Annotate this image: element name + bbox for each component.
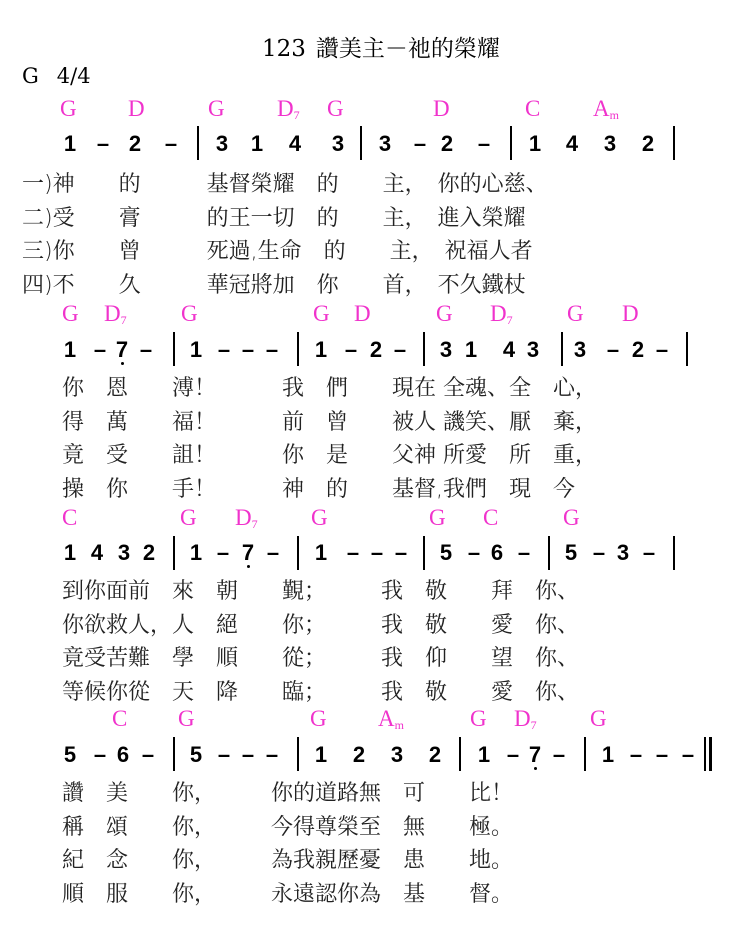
barline — [297, 536, 299, 570]
chord-root: G — [327, 96, 344, 121]
note-number: 2 — [425, 743, 445, 767]
lyric-line-verse-2: 稱 頌 你， 今得尊榮至 無 極。 — [62, 816, 513, 840]
sustain-dash: – — [505, 743, 521, 767]
note-number: 7 — [238, 541, 258, 565]
note-number: 1 — [598, 743, 618, 767]
chord-symbol: G — [208, 97, 225, 120]
note-number: 2 — [366, 338, 386, 362]
lyric-line-verse-3: 竟受苦難 學 順 從； 我 仰 望 你、 — [62, 647, 579, 671]
note-number: 7 — [112, 338, 132, 362]
final-barline-thick — [709, 737, 712, 771]
sustain-dash: – — [476, 132, 492, 156]
lower-octave-dot — [121, 362, 124, 365]
note-number: 1 — [186, 541, 206, 565]
note-number: 3 — [436, 338, 456, 362]
lyric-line-verse-1: 你 恩 溥！ 我 們 現在 全魂、全 心， — [62, 377, 597, 401]
sustain-dash: – — [412, 132, 428, 156]
chord-symbol: G — [567, 302, 584, 325]
chord-root: C — [112, 706, 127, 731]
chord-symbol: Am — [378, 707, 404, 737]
note-number: 3 — [523, 338, 543, 362]
chord-quality: m — [610, 108, 619, 122]
lyric-line-verse-4: 順 服 你， 永遠認你為 基 督。 — [62, 883, 513, 907]
note-number: 5 — [60, 743, 80, 767]
note-number: 4 — [562, 132, 582, 156]
sustain-dash: – — [345, 541, 361, 565]
lower-octave-dot — [247, 565, 250, 568]
chord-root: G — [313, 301, 330, 326]
sustain-dash: – — [654, 338, 670, 362]
chord-symbol: G — [313, 302, 330, 325]
chord-symbol: D7 — [277, 97, 300, 127]
chord-root: G — [429, 505, 446, 530]
sustain-dash: – — [343, 338, 359, 362]
note-number: 1 — [60, 132, 80, 156]
chord-root: G — [436, 301, 453, 326]
chord-symbol: C — [483, 506, 498, 529]
key-signature: G4/4 — [22, 64, 91, 88]
barline — [686, 332, 688, 366]
chord-symbol: D7 — [235, 506, 258, 536]
chord-quality: 7 — [507, 313, 513, 327]
chord-root: D — [514, 706, 531, 731]
note-number: 3 — [114, 541, 134, 565]
barline — [673, 126, 675, 160]
barline — [423, 332, 425, 366]
sustain-dash: – — [138, 338, 154, 362]
chord-quality: 7 — [531, 718, 537, 732]
lyric-line-verse-3: 竟 受 詛！ 你 是 父神 所愛 所 重， — [62, 444, 597, 468]
chord-symbol: G — [62, 302, 79, 325]
note-number: 1 — [311, 541, 331, 565]
chord-root: C — [483, 505, 498, 530]
chord-symbol: G — [470, 707, 487, 730]
note-number: 3 — [570, 338, 590, 362]
sustain-dash: – — [92, 743, 108, 767]
chord-root: G — [310, 706, 327, 731]
chord-root: C — [525, 96, 540, 121]
chord-quality: 7 — [294, 108, 300, 122]
sustain-dash: – — [92, 338, 108, 362]
note-number: 6 — [487, 541, 507, 565]
hymn-number: 123 — [262, 36, 306, 62]
note-number: 3 — [613, 541, 633, 565]
key-label: G — [22, 64, 39, 88]
lyric-line-verse-4: 等候你從 天 降 臨； 我 敬 愛 你、 — [62, 681, 579, 705]
barline — [173, 536, 175, 570]
note-number: 5 — [561, 541, 581, 565]
chord-root: G — [563, 505, 580, 530]
sustain-dash: – — [95, 132, 111, 156]
sustain-dash: – — [628, 743, 644, 767]
barline — [297, 737, 299, 771]
note-number: 1 — [60, 338, 80, 362]
chord-root: G — [180, 505, 197, 530]
hymn-title: 讚美主－祂的榮耀 — [316, 36, 500, 62]
barline — [173, 737, 175, 771]
lyric-line-verse-2: 二)受 膏 的王一切 的 主， 進入榮耀 — [22, 207, 526, 231]
sustain-dash: – — [240, 743, 256, 767]
chord-root: D — [235, 505, 252, 530]
sustain-dash: – — [393, 541, 409, 565]
sustain-dash: – — [551, 743, 567, 767]
chord-symbol: C — [112, 707, 127, 730]
note-number: 2 — [638, 132, 658, 156]
lyric-line-verse-1: 讚 美 你， 你的道路無 可 比！ — [62, 782, 513, 806]
chord-symbol: D7 — [104, 302, 127, 332]
sustain-dash: – — [265, 541, 281, 565]
chord-root: D — [490, 301, 507, 326]
sustain-dash: – — [216, 743, 232, 767]
barline — [510, 126, 512, 160]
sustain-dash: – — [654, 743, 670, 767]
chord-root: A — [378, 706, 395, 731]
sustain-dash: – — [240, 338, 256, 362]
sustain-dash: – — [216, 338, 232, 362]
chord-symbol: D — [354, 302, 371, 325]
time-signature: 4/4 — [57, 64, 91, 88]
barline — [548, 536, 550, 570]
note-number: 3 — [375, 132, 395, 156]
sustain-dash: – — [516, 541, 532, 565]
lyric-line-verse-2: 得 萬 福！ 前 曾 被人 譏笑、厭 棄， — [62, 411, 597, 435]
barline — [360, 126, 362, 160]
chord-root: A — [593, 96, 610, 121]
chord-symbol: G — [563, 506, 580, 529]
barline — [561, 332, 563, 366]
note-number: 1 — [247, 132, 267, 156]
chord-symbol: G — [180, 506, 197, 529]
note-number: 1 — [311, 338, 331, 362]
chord-symbol: G — [590, 707, 607, 730]
sustain-dash: – — [369, 541, 385, 565]
barline — [673, 536, 675, 570]
sustain-dash: – — [605, 338, 621, 362]
lyric-line-verse-4: 四)不 久 華冠將加 你 首， 不久鐵杖 — [22, 274, 526, 298]
lyric-line-verse-3: 紀 念 你， 為我親歷憂 患 地。 — [62, 849, 513, 873]
sustain-dash: – — [140, 743, 156, 767]
note-number: 2 — [125, 132, 145, 156]
chord-symbol: D7 — [490, 302, 513, 332]
chord-root: G — [567, 301, 584, 326]
chord-root: G — [470, 706, 487, 731]
lower-octave-dot — [534, 767, 537, 770]
note-number: 2 — [437, 132, 457, 156]
note-number: 2 — [349, 743, 369, 767]
page-title: 123讚美主－祂的榮耀 — [262, 30, 500, 63]
note-number: 2 — [139, 541, 159, 565]
note-number: 7 — [525, 743, 545, 767]
chord-symbol: G — [436, 302, 453, 325]
chord-symbol: G — [311, 506, 328, 529]
chord-root: G — [60, 96, 77, 121]
note-number: 4 — [87, 541, 107, 565]
note-number: 1 — [186, 338, 206, 362]
chord-symbol: G — [310, 707, 327, 730]
barline — [584, 737, 586, 771]
sustain-dash: – — [641, 541, 657, 565]
chord-root: G — [62, 301, 79, 326]
chord-root: D — [104, 301, 121, 326]
note-number: 5 — [186, 743, 206, 767]
barline — [297, 332, 299, 366]
note-number: 1 — [474, 743, 494, 767]
lyric-line-verse-2: 你欲救人，人 絕 你； 我 敬 愛 你、 — [62, 614, 579, 638]
barline — [173, 332, 175, 366]
chord-symbol: G — [181, 302, 198, 325]
sustain-dash: – — [264, 743, 280, 767]
chord-symbol: Am — [593, 97, 619, 127]
chord-root: D — [354, 301, 371, 326]
chord-quality: 7 — [121, 313, 127, 327]
sustain-dash: – — [392, 338, 408, 362]
lyric-line-verse-1: 到你面前 來 朝 覲； 我 敬 拜 你、 — [62, 580, 579, 604]
lyric-line-verse-3: 三)你 曾 死過,生命 的 主， 祝福人者 — [22, 240, 533, 264]
chord-symbol: D — [622, 302, 639, 325]
chord-root: G — [178, 706, 195, 731]
chord-symbol: G — [178, 707, 195, 730]
chord-symbol: D7 — [514, 707, 537, 737]
chord-symbol: D — [128, 97, 145, 120]
chord-root: D — [622, 301, 639, 326]
final-barline-thin — [704, 737, 706, 771]
chord-symbol: D — [433, 97, 450, 120]
note-number: 1 — [461, 338, 481, 362]
barline — [459, 737, 461, 771]
chord-root: G — [311, 505, 328, 530]
chord-symbol: G — [429, 506, 446, 529]
note-number: 1 — [525, 132, 545, 156]
sustain-dash: – — [466, 541, 482, 565]
note-number: 1 — [60, 541, 80, 565]
note-number: 1 — [311, 743, 331, 767]
lyric-line-verse-4: 操 你 手！ 神 的 基督,我們 現 今 — [62, 478, 575, 502]
note-number: 3 — [212, 132, 232, 156]
sustain-dash: – — [264, 338, 280, 362]
barline — [197, 126, 199, 160]
chord-symbol: C — [525, 97, 540, 120]
sustain-dash: – — [215, 541, 231, 565]
chord-symbol: G — [60, 97, 77, 120]
chord-root: D — [128, 96, 145, 121]
chord-root: C — [62, 505, 77, 530]
note-number: 4 — [499, 338, 519, 362]
chord-quality: 7 — [252, 517, 258, 531]
note-number: 2 — [628, 338, 648, 362]
lyric-line-verse-1: 一)神 的 基督榮耀 的 主， 你的心慈、 — [22, 173, 548, 197]
note-number: 3 — [387, 743, 407, 767]
sustain-dash: – — [163, 132, 179, 156]
chord-root: G — [590, 706, 607, 731]
chord-symbol: G — [327, 97, 344, 120]
chord-root: D — [433, 96, 450, 121]
chord-symbol: C — [62, 506, 77, 529]
chord-quality: m — [395, 718, 404, 732]
note-number: 3 — [328, 132, 348, 156]
note-number: 5 — [436, 541, 456, 565]
note-number: 3 — [600, 132, 620, 156]
chord-root: G — [208, 96, 225, 121]
barline — [423, 536, 425, 570]
note-number: 4 — [285, 132, 305, 156]
sustain-dash: – — [680, 743, 696, 767]
chord-root: G — [181, 301, 198, 326]
note-number: 6 — [113, 743, 133, 767]
chord-root: D — [277, 96, 294, 121]
sustain-dash: – — [591, 541, 607, 565]
